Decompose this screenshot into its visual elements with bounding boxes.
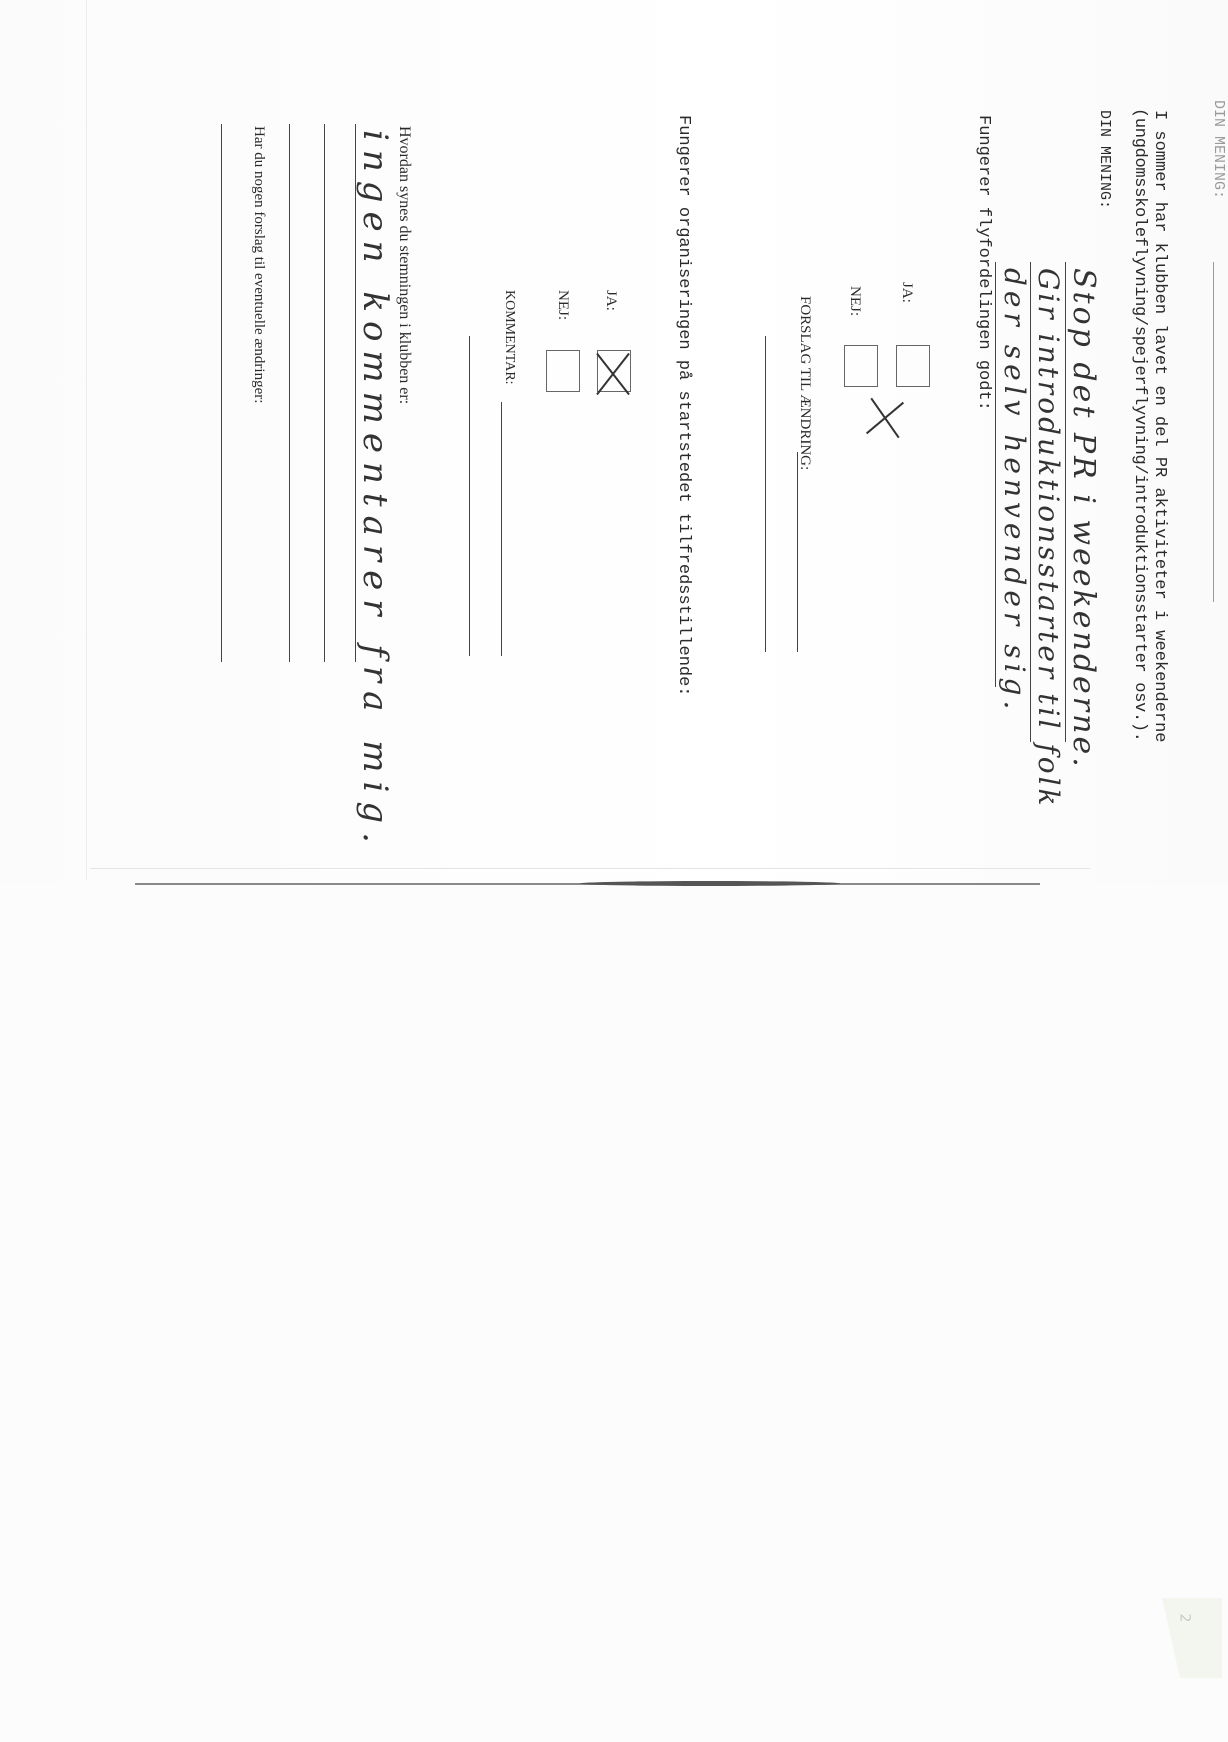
rotated-form: DIN MENING: I sommer har klubben lavet e… — [0, 0, 1228, 1742]
atmosphere-underline-1 — [355, 124, 356, 662]
pr-answer-line3[interactable]: der selv henvender sig. — [1000, 268, 1028, 714]
pr-answer-line1[interactable]: Stop det PR i weekenderne. — [1068, 268, 1098, 770]
atmosphere-question: Hvordan synes du stemningen i klubben er… — [396, 126, 412, 404]
pr-answer-line2[interactable]: Gir introduktionsstarter til folk — [1034, 268, 1062, 809]
suggestion-field[interactable] — [797, 452, 798, 652]
answer-underline-1 — [1065, 262, 1066, 742]
plane-distribution-question: Fungerer flyfordelingen godt: — [975, 115, 992, 411]
organisation-question: Fungerer organiseringen på startstedet t… — [675, 115, 692, 697]
header-fragment: DIN MENING: — [1211, 100, 1226, 199]
org-ja-checkbox[interactable] — [597, 350, 631, 392]
pr-intro-line2: (ungdomsskoleflyvning/spejerflyvning/int… — [1131, 108, 1148, 742]
section-divider-line — [289, 124, 290, 662]
suggestion-field-line2[interactable] — [765, 336, 766, 652]
comment-field-line2[interactable] — [469, 336, 470, 656]
plane-ja-label: JA: — [899, 282, 914, 303]
pr-intro-line1: I sommer har klubben lavet en del PR akt… — [1151, 110, 1168, 743]
atmosphere-underline-2[interactable] — [324, 124, 325, 662]
din-mening-label: DIN MENING: — [1097, 110, 1112, 209]
plane-ja-checkbox[interactable] — [896, 345, 930, 387]
org-nej-checkbox[interactable] — [546, 350, 580, 392]
atmosphere-answer[interactable]: ingen kommentarer fra mig. — [358, 130, 392, 852]
comment-label: KOMMENTAR: — [502, 290, 516, 385]
handwritten-x-mark — [868, 398, 902, 438]
scanned-page: 2 DIN MENING: I sommer har klubben lavet… — [0, 0, 1228, 1742]
comment-field[interactable] — [501, 402, 502, 656]
suggestions-question: Har du nogen forslag til eventuelle ændr… — [251, 126, 266, 403]
org-nej-label: NEJ: — [555, 290, 570, 320]
suggestions-field[interactable] — [221, 124, 222, 662]
header-fragment-line — [1213, 262, 1214, 602]
plane-nej-checkbox[interactable] — [844, 345, 878, 387]
answer-underline-3 — [995, 262, 996, 687]
org-ja-label: JA: — [603, 290, 618, 311]
plane-nej-label: NEJ: — [847, 286, 862, 316]
suggestion-label: FORSLAG TIL ÆNDRING: — [797, 296, 812, 470]
